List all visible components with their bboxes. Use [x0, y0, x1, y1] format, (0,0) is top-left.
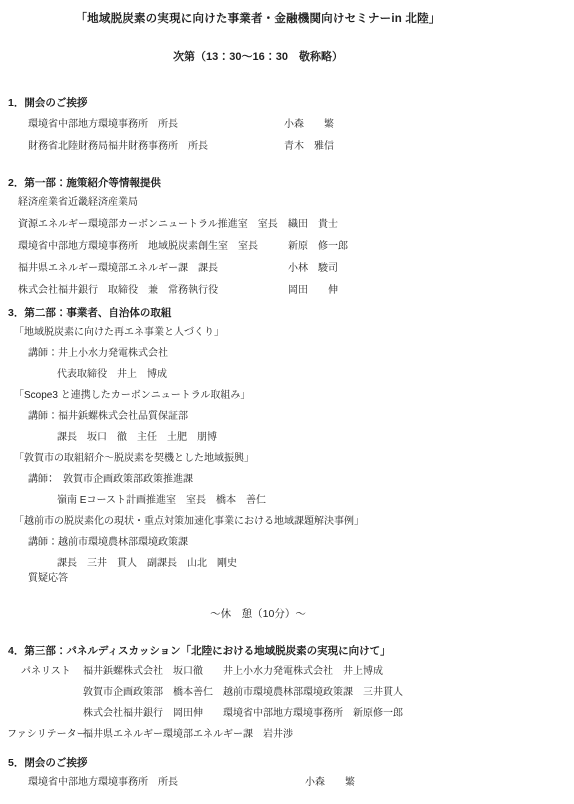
speaker-name: 岡田 伸 [288, 280, 338, 302]
talk-row: 代表取締役 井上 博成 [0, 364, 574, 385]
talk-title: 「敦賀市の取組紹介～脱炭素を契機とした地域振興」 [14, 448, 254, 469]
section-part2-heading: 3．第二部：事業者、自治体の取組 [8, 306, 171, 320]
speaker-org: 資源エネルギー環境部カーボンニュートラル推進室 室長 [18, 214, 278, 236]
talk-title: 「Scope3 と連携したカーボンニュートラル取組み」 [14, 385, 250, 406]
section-closing-heading: 5．閉会のご挨拶 [8, 756, 87, 770]
talk-lecturer: 講師：井上小水力発電株式会社 [28, 343, 168, 364]
section-part3-heading: 4．第三部：パネルディスカッション「北陸における地域脱炭素の実現に向けて」 [8, 644, 391, 658]
agenda-row: 環境省中部地方環境事務所 所長 小森 繁 [0, 772, 574, 794]
talk-row: 講師：越前市環境農林部環境政策課 [0, 532, 574, 553]
speaker-org: 環境省中部地方環境事務所 地域脱炭素創生室 室長 [18, 236, 258, 258]
document-title: 「地域脱炭素の実現に向けた事業者・金融機関向けセミナーin 北陸」 [0, 10, 516, 26]
panelist-line: 敦賀市企画政策部 橋本善仁 越前市環境農林部環境政策課 三井貫人 [83, 682, 403, 703]
talk-row: 講師：井上小水力発電株式会社 [0, 343, 574, 364]
speaker-org: 経済産業省近畿経済産業局 [18, 192, 138, 214]
speaker-name: 小森 繁 [284, 114, 334, 136]
agenda-row: 株式会社福井銀行 取締役 兼 常務執行役 岡田 伸 [0, 280, 574, 302]
talk-row: 講師： 敦賀市企画政策部政策推進課 [0, 469, 574, 490]
speaker-name: 小森 繁 [305, 772, 355, 794]
section-part1-heading: 2．第一部：施策紹介等情報提供 [8, 176, 161, 190]
agenda-row: 福井県エネルギー環境部エネルギー課 課長 小林 駿司 [0, 258, 574, 280]
talk-row: 「越前市の脱炭素化の現状・重点対策加速化事業における地域課題解決事例」 [0, 511, 574, 532]
talk-lecturer: 講師：越前市環境農林部環境政策課 [28, 532, 188, 553]
agenda-row: 環境省中部地方環境事務所 所長 小森 繁 [0, 114, 574, 136]
qa-row: 質疑応答 [0, 568, 574, 589]
break-note: ～休 憩（10分）～ [0, 606, 516, 621]
talk-row: 講師：福井鋲螺株式会社品質保証部 [0, 406, 574, 427]
talk-row: 「Scope3 と連携したカーボンニュートラル取組み」 [0, 385, 574, 406]
speaker-org: 財務省北陸財務局福井財務事務所 所長 [28, 136, 208, 158]
document-subtitle: 次第（13：30～16：30 敬称略） [0, 48, 516, 64]
facilitator-row: ファシリテーター 福井県エネルギー環境部エネルギー課 岩井渉 [0, 724, 574, 745]
talk-lecturer: 講師：福井鋲螺株式会社品質保証部 [28, 406, 188, 427]
talk-people: 課長 坂口 徹 主任 土肥 朋博 [57, 427, 217, 448]
speaker-org: 株式会社福井銀行 取締役 兼 常務執行役 [18, 280, 218, 302]
speaker-org: 環境省中部地方環境事務所 所長 [28, 114, 178, 136]
speaker-org: 環境省中部地方環境事務所 所長 [28, 772, 178, 794]
talk-people: 代表取締役 井上 博成 [57, 364, 167, 385]
panelist-line: 福井鋲螺株式会社 坂口徹 井上小水力発電株式会社 井上博成 [83, 661, 383, 682]
speaker-name: 新原 修一郎 [288, 236, 348, 258]
talk-lecturer: 講師： 敦賀市企画政策部政策推進課 [28, 469, 193, 490]
panelist-row: 株式会社福井銀行 岡田伸 環境省中部地方環境事務所 新原修一郎 [0, 703, 574, 724]
speaker-name: 小林 駿司 [288, 258, 338, 280]
agenda-row: 経済産業省近畿経済産業局 [0, 192, 574, 214]
qa-note: 質疑応答 [28, 568, 68, 589]
agenda-row: 環境省中部地方環境事務所 地域脱炭素創生室 室長 新原 修一郎 [0, 236, 574, 258]
talk-title: 「越前市の脱炭素化の現状・重点対策加速化事業における地域課題解決事例」 [14, 511, 364, 532]
panelist-row: 敦賀市企画政策部 橋本善仁 越前市環境農林部環境政策課 三井貫人 [0, 682, 574, 703]
talk-row: 「敦賀市の取組紹介～脱炭素を契機とした地域振興」 [0, 448, 574, 469]
speaker-org: 福井県エネルギー環境部エネルギー課 課長 [18, 258, 218, 280]
facilitator-label: ファシリテーター [7, 724, 87, 745]
talk-row: 嶺南 Eコースト計画推進室 室長 橋本 善仁 [0, 490, 574, 511]
talk-title: 「地域脱炭素に向けた再エネ事業と人づくり」 [14, 322, 224, 343]
panelist-label: パネリスト [21, 661, 71, 682]
speaker-name: 織田 貴士 [288, 214, 338, 236]
panelist-line: 株式会社福井銀行 岡田伸 環境省中部地方環境事務所 新原修一郎 [83, 703, 403, 724]
talk-row: 課長 坂口 徹 主任 土肥 朋博 [0, 427, 574, 448]
panelist-row: パネリスト 福井鋲螺株式会社 坂口徹 井上小水力発電株式会社 井上博成 [0, 661, 574, 682]
talk-people: 嶺南 Eコースト計画推進室 室長 橋本 善仁 [57, 490, 266, 511]
agenda-row: 資源エネルギー環境部カーボンニュートラル推進室 室長 織田 貴士 [0, 214, 574, 236]
facilitator-line: 福井県エネルギー環境部エネルギー課 岩井渉 [83, 724, 293, 745]
speaker-name: 青木 雅信 [284, 136, 334, 158]
section-opening-heading: 1．開会のご挨拶 [8, 96, 87, 110]
talk-row: 「地域脱炭素に向けた再エネ事業と人づくり」 [0, 322, 574, 343]
seminar-agenda-document: 「地域脱炭素の実現に向けた事業者・金融機関向けセミナーin 北陸」 次第（13：… [0, 0, 574, 804]
agenda-row: 財務省北陸財務局福井財務事務所 所長 青木 雅信 [0, 136, 574, 158]
